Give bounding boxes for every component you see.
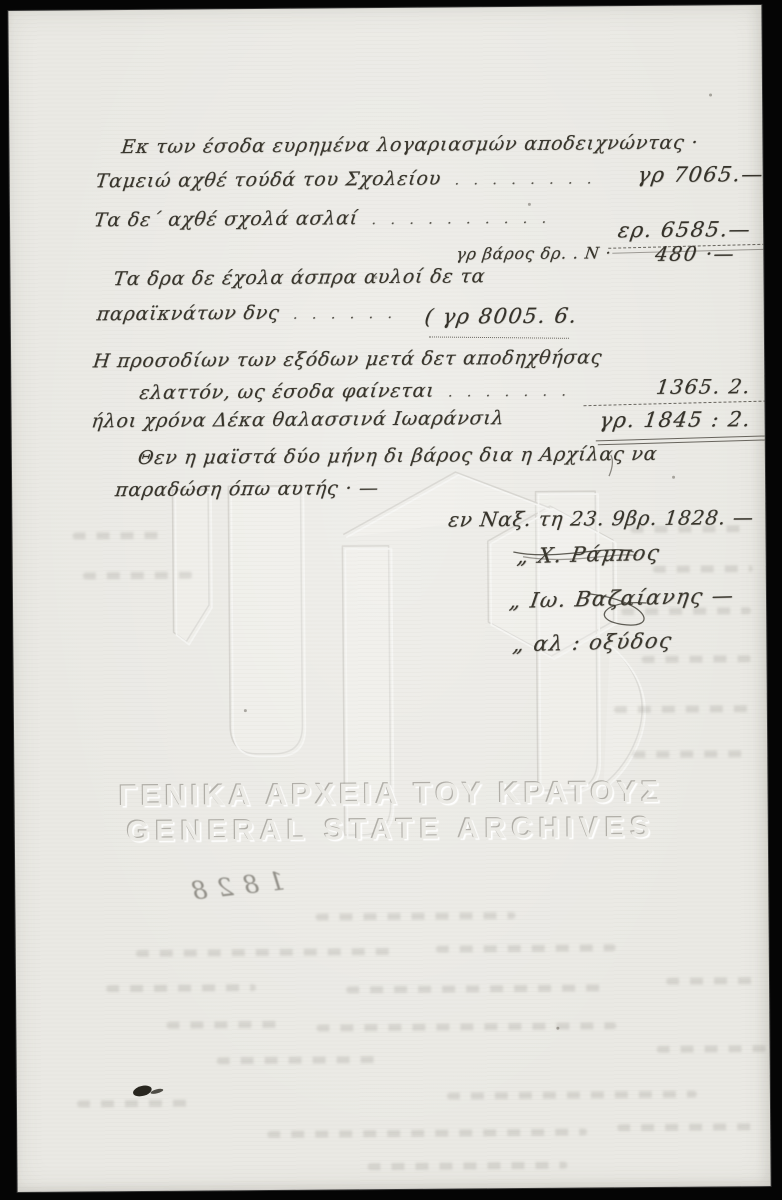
bleed-smudge (316, 1022, 616, 1031)
bleed-smudge (83, 572, 193, 580)
document-page: Εκ των έσοδα ευρημένα λογαριασμών αποδει… (8, 5, 770, 1192)
bleed-smudge (632, 750, 752, 758)
watermark-text-english: GENERAL STATE ARCHIVES (15, 811, 768, 850)
bleed-smudge (621, 607, 751, 615)
scan-frame: Εκ των έσοδα ευρημένα λογαριασμών αποδει… (0, 0, 782, 1200)
bleed-smudge (447, 1091, 697, 1100)
speckle (528, 203, 531, 206)
manuscript-line: Τα δε΄ αχθέ σχολά ασλαί. . . . . . . . .… (93, 206, 553, 232)
dotted-leader: . . . . . . . . (454, 171, 598, 188)
bleed-smudge (657, 1045, 767, 1053)
manuscript-line: Τα δρα δε έχολα άσπρα αυλοί δε τα (112, 265, 486, 290)
amount-value: 1365. 2. (655, 374, 753, 399)
speckle (556, 1027, 559, 1030)
bleed-smudge (614, 705, 754, 713)
manuscript-line: Εκ των έσοδα ευρημένα λογαριασμών αποδει… (120, 132, 699, 159)
manuscript-line: παραϊκνάτων δνς. . . . . . (95, 301, 398, 325)
ink-blot (132, 1084, 153, 1098)
bleed-smudge (72, 532, 162, 540)
watermark-text-greek: ΓΕΝΙΚΑ ΑΡΧΕΙΑ ΤΟΥ ΚΡΑΤΟΥΣ (14, 775, 767, 815)
amount-value: γρ. 1845 : 2. (598, 407, 753, 432)
manuscript-line: ελαττόν, ως έσοδα φαίνεται. . . . . . . (138, 379, 573, 404)
dotted-leader: . . . . . . . (447, 384, 572, 401)
dotted-leader: . . . . . . (292, 306, 398, 323)
speckle (106, 310, 109, 313)
underline-rule (583, 400, 770, 406)
bleed-smudge (641, 655, 751, 663)
signature: „ Χ. Ράμπος (516, 541, 663, 569)
amount-value: γρ 7065.— (636, 162, 765, 187)
dotted-leader: . . . . . . . . . . (371, 211, 552, 228)
speckle (709, 93, 712, 96)
underline-rule (429, 336, 569, 338)
speckle (244, 709, 247, 712)
signature: „ αλ : οξύδος (511, 628, 674, 656)
speckle (672, 476, 675, 479)
bleed-smudge (630, 525, 750, 533)
bleed-smudge (653, 565, 753, 573)
manuscript-line: παραδώση όπω αυτής · — (114, 477, 380, 501)
bleed-smudge (136, 948, 396, 957)
amount-value: ( γρ 8005. 6. (423, 304, 579, 329)
bleed-smudge (106, 984, 256, 992)
manuscript-inline-note: γρ βάρος δρ. . Ν · (455, 243, 612, 263)
manuscript-line: Ταμειώ αχθέ τούδά του Σχολείου. . . . . … (94, 166, 598, 192)
reverse-bleed-note: 1828 (44, 866, 286, 922)
amount-value: ερ. 6585.— (617, 217, 753, 242)
speckle (374, 276, 377, 279)
bleed-smudge (267, 1128, 587, 1138)
bleed-smudge (217, 1056, 377, 1064)
bleed-smudge (617, 1123, 757, 1131)
bleed-smudge (436, 944, 616, 952)
bleed-smudge (346, 984, 606, 993)
bleed-smudge (666, 977, 756, 985)
manuscript-line: ήλοι χρόνα Δέκα θαλασσινά Ιωαράνσιλ (90, 407, 505, 432)
bleed-smudge (166, 1021, 286, 1029)
bleed-smudge (77, 1100, 197, 1108)
bleed-smudge (315, 912, 515, 921)
manuscript-line: Θεν η μαϊστά δύο μήνη δι βάρος δια η Αρχ… (137, 443, 659, 469)
bleed-smudge (367, 1162, 567, 1171)
manuscript-line: Η προσοδίων των εξόδων μετά δετ αποδηχθή… (92, 346, 604, 372)
